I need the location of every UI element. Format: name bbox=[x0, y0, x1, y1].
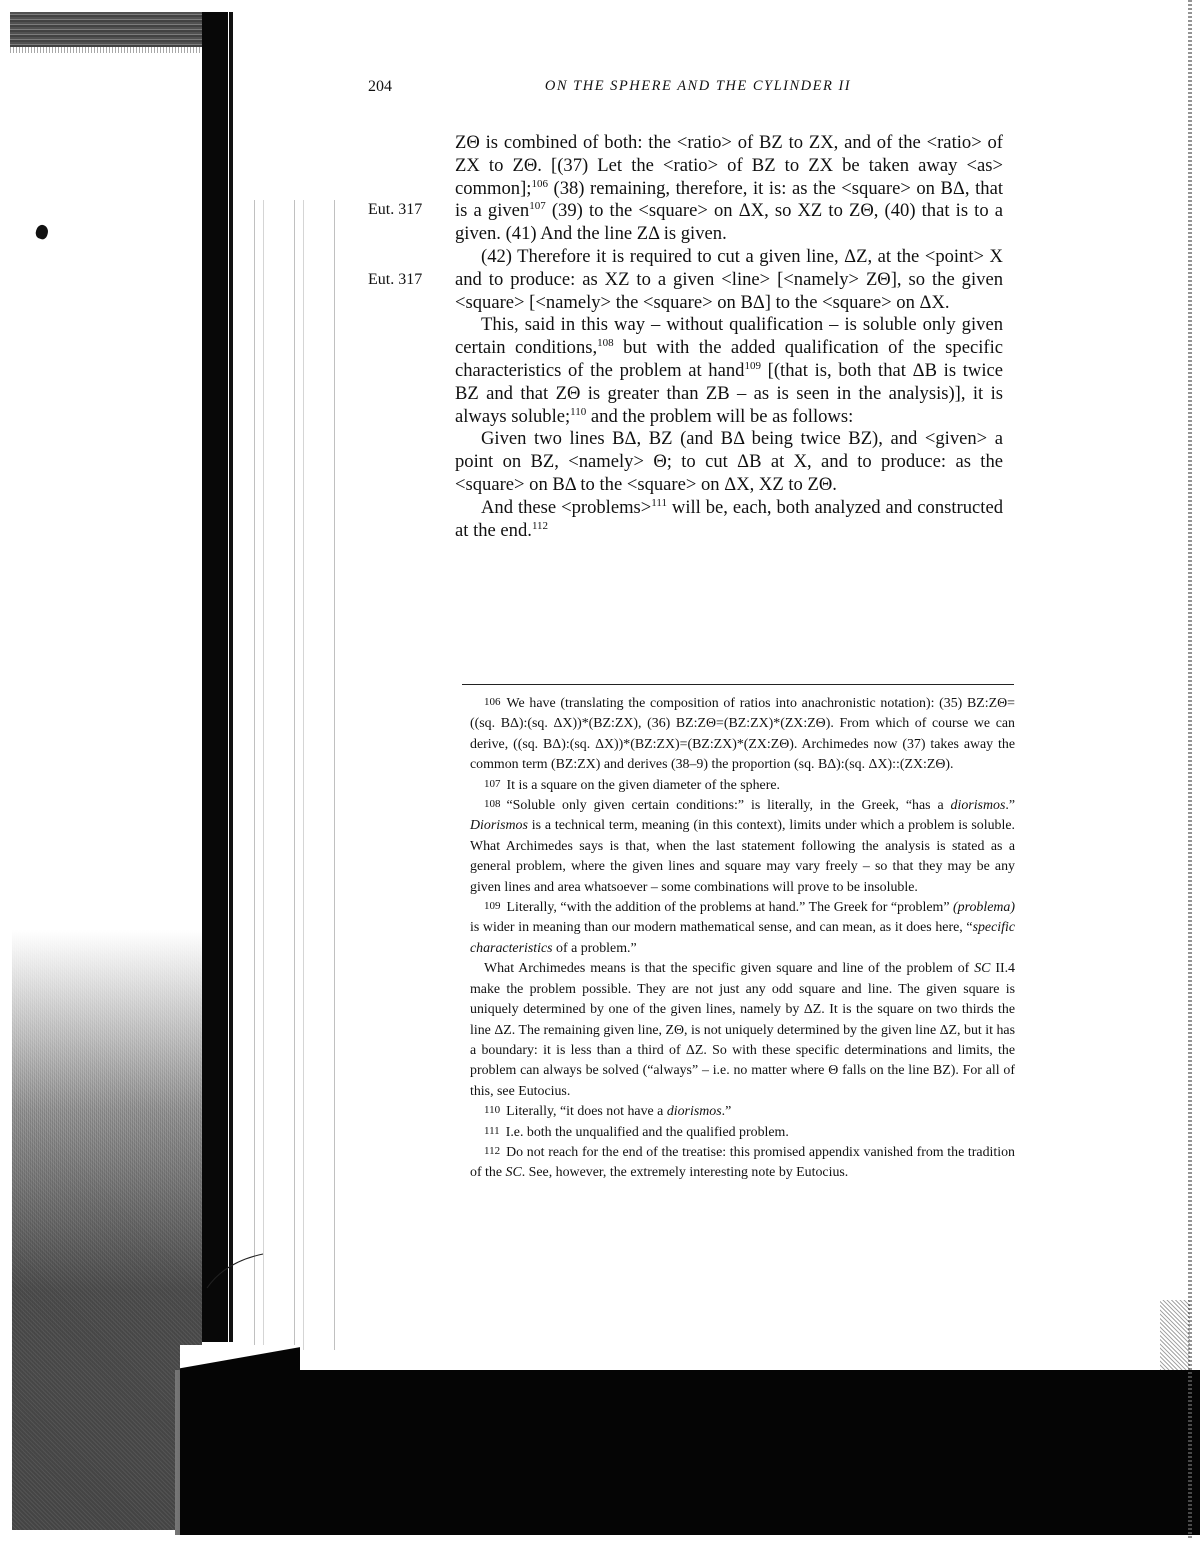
scan-smear-top bbox=[10, 12, 202, 47]
footnote-number: 112 bbox=[484, 1145, 500, 1157]
scan-streaks bbox=[236, 200, 336, 1350]
italic-term: Diorismos bbox=[470, 818, 528, 833]
scan-spine-line bbox=[229, 12, 233, 1342]
footnote-reference: 109 bbox=[744, 360, 761, 372]
running-header: 204 ON THE SPHERE AND THE CYLINDER II bbox=[368, 78, 998, 100]
footnote-number: 107 bbox=[484, 778, 501, 790]
footnote-reference: 112 bbox=[532, 520, 548, 532]
footnote-reference: 106 bbox=[531, 178, 548, 190]
italic-term: diorismos bbox=[667, 1104, 722, 1119]
margin-note: Eut. 317 bbox=[368, 271, 422, 289]
italic-term: SC bbox=[974, 961, 990, 976]
footnote: 106We have (translating the composition … bbox=[470, 694, 1015, 776]
italic-term: specific characteristics bbox=[470, 920, 1015, 955]
footnote-number: 108 bbox=[484, 798, 501, 810]
scan-shadow-bottom bbox=[180, 1370, 1200, 1535]
scan-noise-left bbox=[12, 930, 202, 1530]
footnote-reference: 110 bbox=[570, 406, 586, 418]
footnote: 112Do not reach for the end of the treat… bbox=[470, 1143, 1015, 1184]
italic-term: (problema) bbox=[953, 900, 1015, 915]
footnote: 111I.e. both the unqualified and the qua… bbox=[470, 1123, 1015, 1143]
footnote: 110Literally, “it does not have a dioris… bbox=[470, 1102, 1015, 1122]
margin-note: Eut. 317 bbox=[368, 201, 422, 219]
footnote-number: 109 bbox=[484, 900, 501, 912]
footnote: 109Literally, “with the addition of the … bbox=[470, 898, 1015, 959]
footnote: 108“Soluble only given certain condition… bbox=[470, 796, 1015, 898]
running-title: ON THE SPHERE AND THE CYLINDER II bbox=[368, 78, 998, 95]
ink-blot bbox=[34, 223, 50, 240]
footnote-reference: 111 bbox=[651, 497, 667, 509]
footnote-number: 106 bbox=[484, 696, 501, 708]
main-text: ZΘ is combined of both: the <ratio> of B… bbox=[455, 132, 1003, 542]
italic-term: SC bbox=[506, 1165, 522, 1180]
scan-shadow-slope bbox=[180, 1345, 300, 1375]
body-paragraph: (42) Therefore it is required to cut a g… bbox=[455, 246, 1003, 314]
footnote-number: 111 bbox=[484, 1125, 500, 1137]
footnote: What Archimedes means is that the specif… bbox=[470, 959, 1015, 1102]
scan-speckle-right bbox=[1160, 1300, 1190, 1370]
footnote-reference: 107 bbox=[529, 200, 546, 212]
body-paragraph: This, said in this way – without qualifi… bbox=[455, 314, 1003, 428]
italic-term: diorismos bbox=[951, 798, 1006, 813]
scan-spine-shadow bbox=[202, 12, 228, 1342]
footnote: 107It is a square on the given diameter … bbox=[470, 776, 1015, 796]
footnote-rule bbox=[462, 684, 1014, 685]
footnote-number: 110 bbox=[484, 1104, 500, 1116]
body-paragraph: And these <problems>111 will be, each, b… bbox=[455, 497, 1003, 543]
footnote-reference: 108 bbox=[597, 337, 614, 349]
footnotes: 106We have (translating the composition … bbox=[470, 694, 1015, 1184]
body-paragraph: Given two lines BΔ, BZ (and BΔ being twi… bbox=[455, 428, 1003, 496]
scan-curve-mark bbox=[205, 1250, 265, 1290]
body-paragraph: ZΘ is combined of both: the <ratio> of B… bbox=[455, 132, 1003, 246]
